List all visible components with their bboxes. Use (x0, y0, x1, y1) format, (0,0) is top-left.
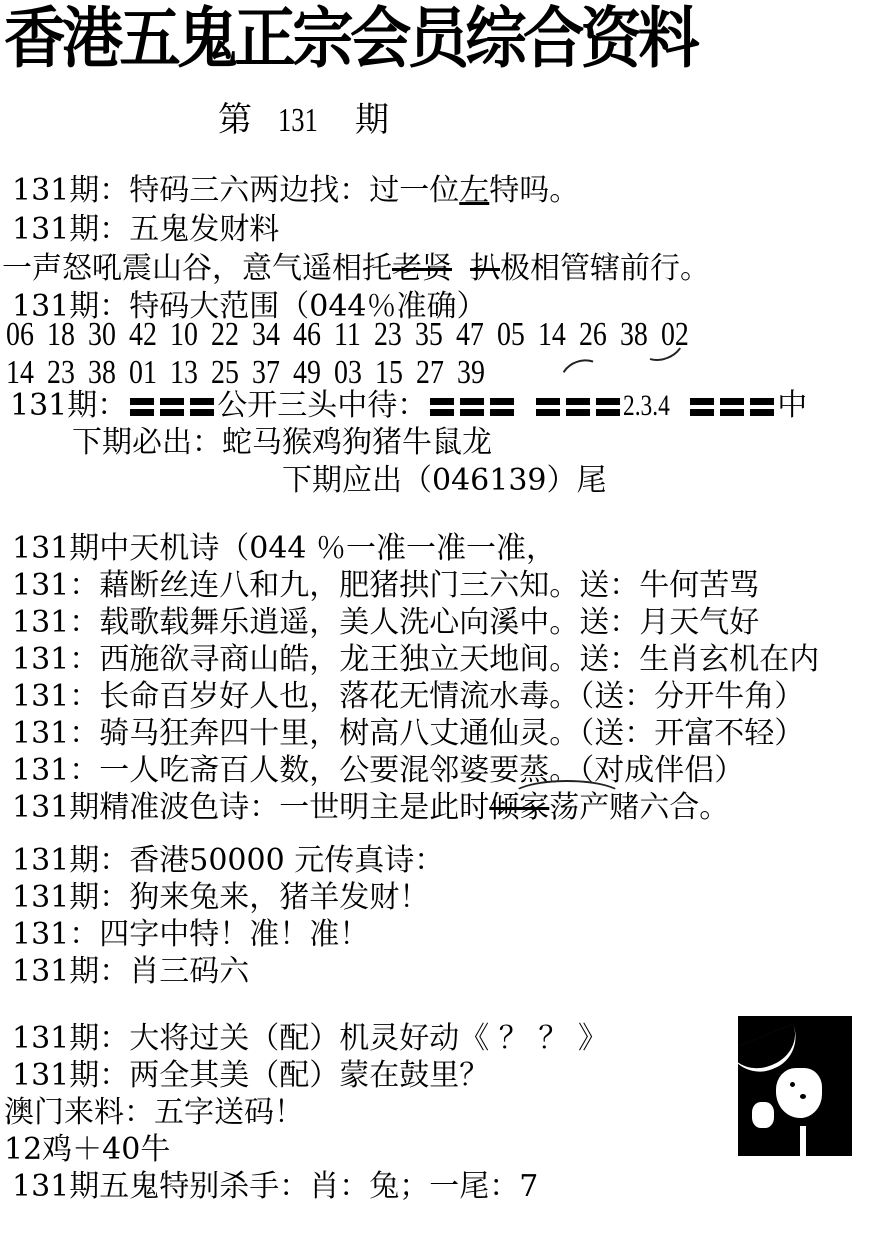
poem-line: 131：骑马狂奔四十里，树高八丈通仙灵。（送：开富不轻） (12, 715, 804, 753)
face (776, 1068, 822, 1118)
tips-line: 131期：两全其美（配）蒙在鼓里？ (12, 1057, 489, 1095)
number-cell: 30 (88, 316, 116, 353)
number-row-1: 0618304210223446112335470514263802 (6, 315, 702, 355)
number-cell: 13 (170, 354, 198, 391)
censored-block-icon (430, 398, 454, 416)
three-heads-line: 131期：公开三头中待：2.3.4中 (10, 387, 807, 425)
fax-poem-line: 131期：肖三码六 (12, 953, 249, 991)
number-cell: 01 (129, 354, 157, 391)
tips-line: 131期：大将过关（配）机灵好动《 ？ ？ 》 (12, 1020, 608, 1058)
portrait-photo (738, 1016, 852, 1156)
hand (752, 1102, 774, 1128)
issue-suffix: 期 (355, 98, 389, 142)
censored-block-icon (750, 398, 774, 416)
censored-block-icon (460, 398, 484, 416)
three-heads-prefix: 131期： (10, 388, 127, 423)
fax-poem-line: 131：四字中特！准！准！ (12, 916, 369, 954)
number-cell: 46 (293, 316, 321, 353)
three-heads-label: 公开三头中待： (217, 388, 427, 423)
issue-prefix: 第 (218, 98, 252, 142)
number-cell: 38 (88, 354, 116, 391)
next-period-tail: 下期应出（046139）尾 (282, 462, 607, 500)
censored-block-icon (160, 398, 184, 416)
macau-tip-line: 澳门来料：五字送码！ (4, 1094, 304, 1132)
number-cell: 35 (415, 316, 443, 353)
special-code-underlined: 左 (459, 173, 489, 208)
number-cell: 06 (6, 316, 34, 353)
censored-block-icon (566, 398, 590, 416)
censored-block-icon (690, 398, 714, 416)
issue-heading: 第131期 (218, 98, 389, 143)
special-code-line: 131期：特码三六两边找：过一位左特吗。 (12, 172, 579, 210)
number-cell: 47 (456, 316, 484, 353)
verse-end: 极相管辖前行。 (500, 251, 710, 286)
wugui-fortune-verse: 一声怒吼震山谷，意气遥相托老贤扒极相管辖前行。 (2, 250, 710, 288)
poem-line: 131：西施欲寻商山皓，龙王独立天地间。送：生肖玄机在内 (12, 641, 819, 679)
eye (800, 1094, 806, 1099)
number-cell: 14 (6, 354, 34, 391)
number-cell: 10 (170, 316, 198, 353)
number-cell: 23 (374, 316, 402, 353)
number-cell: 37 (252, 354, 280, 391)
verse-struck-text-2: 扒 (470, 251, 500, 286)
censored-block-icon (490, 398, 514, 416)
three-heads-end: 中 (777, 388, 807, 423)
censored-block-icon (720, 398, 744, 416)
page-title: 香港五鬼正宗会员综合资料 (4, 0, 813, 76)
number-cell: 23 (47, 354, 75, 391)
number-cell: 14 (538, 316, 566, 353)
verse-start: 一声怒吼震山谷，意气遥相托 (2, 251, 392, 286)
wugui-fortune-label: 131期：五鬼发财料 (12, 211, 279, 249)
number-cell: 11 (334, 316, 361, 353)
poem-line: 131：一人吃斋百人数，公要混邻婆要蒸。（对成伴侣） (12, 752, 744, 790)
number-cell: 42 (129, 316, 157, 353)
next-period-zodiac: 下期必出：蛇马猴鸡狗猪牛鼠龙 (72, 424, 492, 462)
fax-poem-line: 131期：狗来兔来，猪羊发财！ (12, 879, 429, 917)
handwritten-mark (510, 780, 624, 814)
combo-tip-line: 12鸡＋40牛 (4, 1131, 170, 1169)
censored-block-icon (596, 398, 620, 416)
number-cell: 18 (47, 316, 75, 353)
three-heads-numbers: 2.3.4 (623, 387, 673, 425)
number-cell: 34 (252, 316, 280, 353)
killer-tip-line: 131期五鬼特别杀手：肖：兔；一尾：7 (12, 1168, 538, 1206)
censored-block-icon (190, 398, 214, 416)
number-cell: 05 (497, 316, 525, 353)
poem-line: 131：长命百岁好人也，落花无情流水毒。（送：分开牛角） (12, 678, 804, 716)
number-cell: 26 (579, 316, 607, 353)
number-cell: 27 (416, 354, 444, 391)
special-code-text: 131期：特码三六两边找：过一位 (12, 173, 459, 208)
wave-poem-start: 131期精准波色诗：一世明主是此时 (12, 790, 489, 825)
number-cell: 39 (457, 354, 485, 391)
fax-poem-line: 131期：香港50000 元传真诗： (12, 842, 444, 880)
issue-number: 131 (278, 99, 318, 143)
number-cell: 25 (211, 354, 239, 391)
number-cell: 03 (334, 354, 362, 391)
censored-block-icon (536, 398, 560, 416)
collar (800, 1126, 806, 1156)
censored-block-icon (130, 398, 154, 416)
special-code-end: 特吗。 (489, 173, 579, 208)
number-cell: 15 (375, 354, 403, 391)
poem-line: 131：藉断丝连八和九，肥猪拱门三六知。送：牛何苦骂 (12, 567, 759, 605)
number-cell: 22 (211, 316, 239, 353)
number-cell: 49 (293, 354, 321, 391)
poem-line: 131：载歌载舞乐逍遥，美人洗心向溪中。送：月天气好 (12, 604, 759, 642)
verse-struck-text: 老贤 (392, 251, 452, 286)
eye (790, 1082, 795, 1087)
poem-header: 131期中天机诗（044 ％一准一准一准， (12, 530, 556, 568)
